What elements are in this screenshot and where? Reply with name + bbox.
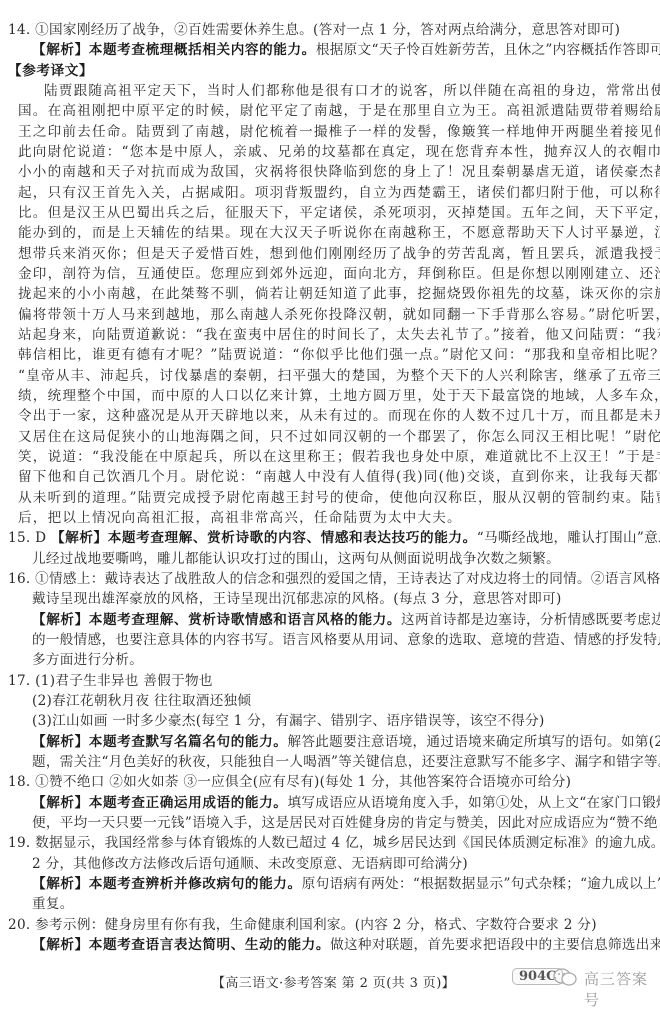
- text-line: (2)春江花朝秋月夜 往往取酒还独倾: [32, 690, 660, 712]
- text-span: 陆贾跟随高祖平定天下，当时人们都称他是很有口才的说客，所以伴随在高祖的身边，常常…: [44, 83, 660, 99]
- text-span: 国。在高祖刚把中原平定的时候，尉佗平定了南越，于是在那里自立为王。高祖派遣陆贾带…: [18, 103, 660, 119]
- text-span: “马嘶经战地，雕认打围山”意思是马: [477, 530, 660, 546]
- text-span: 偏将带领十万人马来到越地，那么南越人杀死你投降汉朝，就如同翻一下手背那么容易。”…: [18, 307, 660, 323]
- text-span: 此向尉佗说道：“您本是中原人，亲戚、兄弟的坟墓都在真定，现在您背弃本性，抛弃汉人…: [18, 144, 660, 160]
- text-span: 比。但是汉王从巴蜀出兵之后，征服天下，平定诸侯，杀死项羽，灭掉楚国。五年之间，天…: [18, 205, 660, 221]
- analysis-heading: 【参考译文】: [8, 63, 93, 79]
- text-span: 16. ①情感上：戴诗表达了战胜敌人的信念和强烈的爱国之情，王诗表达了对戍边将士…: [8, 571, 660, 587]
- text-line: 2 分，其他修改方法修改后语句通顺、未改变原意、无语病即可给满分): [32, 853, 660, 875]
- text-span: 做这种对联题，首先要求把语段中的主要信息筛选出来，然后: [330, 937, 660, 953]
- text-line: 从未听到的道理。”陆贾完成授予尉佗南越王封号的使命，使他向汉称臣，服从汉朝的管制…: [18, 487, 660, 509]
- text-line: 的一般情感，也要注意具体的内容书写。语言风格要从用词、意象的选取、意境的营造、情…: [32, 629, 660, 651]
- text-line: 便，平均一天只要一元钱”语境入手，这是居民对百姓健身房的肯定与赞美，因此对应成语…: [32, 812, 660, 834]
- analysis-heading: 【解析】本题考查梳理概括相关内容的能力。: [32, 42, 316, 58]
- text-line: 又居住在这局促狭小的山地海隅之间，只不过如同汉朝的一个郡罢了，你怎么同汉王相比呢…: [18, 426, 660, 448]
- text-line: 17. (1)君子生非异也 善假于物也: [8, 670, 660, 692]
- text-line: 18. ①赞不绝口 ②如火如荼 ③一应俱全(应有尽有)(每处 1 分，其他答案符…: [8, 771, 660, 793]
- text-span: (3)江山如画 一时多少豪杰(每空 1 分，有漏字、错别字、语序错误等，该空不得…: [32, 713, 545, 729]
- text-span: 韩信相比，谁更有德有才呢？”陆贾说道：“你似乎比他们强一点。”尉佗又问：“那我和…: [18, 347, 660, 363]
- text-span: 多方面进行分析。: [32, 652, 143, 668]
- text-span: 重复。: [32, 896, 74, 912]
- text-span: 20. 参考示例：健身房里有你有我，生命健康利国利家。(内容 2 分，格式、字数…: [8, 917, 597, 933]
- text-line: 留下他和自己饮酒几个月。尉佗说：“南越人中没有人值得(我)同(他)交谈，直到你来…: [18, 466, 660, 488]
- text-line: 站起身来，向陆贾道歉说：“我在蛮夷中居住的时间长了，太失去礼节了。”接着，他又问…: [18, 324, 660, 346]
- text-span: 令出于一家，这种盛况是从开天辟地以来，从未有过的。而现在你的人数不过几十万，而且…: [18, 408, 660, 424]
- text-line: 【解析】本题考查默写名篇名句的能力。解答此题要注意语境，通过语境来确定所填写的语…: [32, 731, 660, 753]
- text-span: 填写成语应从语境角度入手，如第①处，从上文“在家门口锻炼很方: [288, 795, 660, 811]
- text-span: 2 分，其他修改方法修改后语句通顺、未改变原意、无语病即可给满分): [32, 856, 468, 872]
- text-span: 的一般情感，也要注意具体的内容书写。语言风格要从用词、意象的选取、意境的营造、情…: [32, 632, 660, 648]
- text-span: 15. D: [8, 530, 51, 546]
- text-line: 国。在高祖刚把中原平定的时候，尉佗平定了南越，于是在那里自立为王。高祖派遣陆贾带…: [18, 100, 660, 122]
- text-span: 14. ①国家刚经历了战争，②百姓需要休养生息。(答对一点 1 分，答对两点给满…: [8, 22, 620, 38]
- text-span: 笑，说道：“我没能在中原起兵，所以在这里称王；假若我也身处中原，难道就比不上汉王…: [18, 449, 660, 465]
- text-line: 此向尉佗说道：“您本是中原人，亲戚、兄弟的坟墓都在真定，现在您背弃本性，抛弃汉人…: [18, 141, 660, 163]
- text-span: 绩，统理整个中国，而中原的人口以亿来计算，土地方圆万里，处于天下最富饶的地域，人…: [18, 388, 660, 404]
- text-line: 【解析】本题考查辨析并修改病句的能力。原句语病有两处：“根据数据显示”句式杂糅；…: [32, 873, 660, 895]
- answer-key-page: 14. ①国家刚经历了战争，②百姓需要休养生息。(答对一点 1 分，答对两点给满…: [0, 0, 660, 1010]
- text-line: 陆贾跟随高祖平定天下，当时人们都称他是很有口才的说客，所以伴随在高祖的身边，常常…: [44, 80, 660, 102]
- analysis-heading: 【解析】本题考查正确运用成语的能力。: [32, 795, 288, 811]
- text-span: 站起身来，向陆贾道歉说：“我在蛮夷中居住的时间长了，太失去礼节了。”接着，他又问…: [18, 327, 660, 343]
- text-line: 起，只有汉王首先入关，占据咸阳。项羽背叛盟约，自立为西楚霸王，诸侯们都归附于他，…: [18, 182, 660, 204]
- analysis-heading: 【解析】本题考查理解、赏析诗歌情感和语言风格的能力。: [32, 612, 401, 628]
- text-span: 又居住在这局促狭小的山地海隅之间，只不过如同汉朝的一个郡罢了，你怎么同汉王相比呢…: [18, 429, 660, 445]
- text-span: 便，平均一天只要一元钱”语境入手，这是居民对百姓健身房的肯定与赞美，因此对应成语…: [32, 815, 660, 831]
- text-span: 金印，剖符为信，互通使臣。您理应到郊外远迎，面向北方，拜倒称臣。但是你想以刚刚建…: [18, 266, 660, 282]
- analysis-heading: 【解析】本题考查默写名篇名句的能力。: [32, 734, 288, 750]
- text-line: 王之印前去任命。陆贾到了南越，尉佗梳着一撮椎子一样的发髻，像簸箕一样地伸开两腿坐…: [18, 121, 660, 143]
- text-line: 能办到的，而是上天辅佐的结果。现在大汉天子听说你在南越称王，不愿意帮助天下人讨平…: [18, 222, 660, 244]
- text-line: 16. ①情感上：戴诗表达了战胜敌人的信念和强烈的爱国之情，王诗表达了对戍边将士…: [8, 568, 660, 590]
- text-span: “皇帝从丰、沛起兵，讨伐暴虐的秦朝，扫平强大的楚国，为整个天下的人兴利除害，继承…: [18, 368, 660, 384]
- analysis-heading: 【解析】本题考查语言表达简明、生动的能力。: [32, 937, 330, 953]
- watermark-text: 高三答案号: [584, 968, 658, 1010]
- text-span: 根据原文“天子怜百姓新劳苦，且休之”内容概括作答即可。: [316, 42, 660, 58]
- text-line: 20. 参考示例：健身房里有你有我，生命健康利国利家。(内容 2 分，格式、字数…: [8, 914, 660, 936]
- text-line: 【解析】本题考查语言表达简明、生动的能力。做这种对联题，首先要求把语段中的主要信…: [32, 934, 660, 956]
- text-line: 绩，统理整个中国，而中原的人口以亿来计算，土地方圆万里，处于天下最富饶的地域，人…: [18, 385, 660, 407]
- text-span: 17. (1)君子生非异也 善假于物也: [8, 673, 213, 689]
- text-line: 想带兵来消灭你；但是天子爱惜百姓，想到他们刚刚经历了战争的劳苦乱离，暂且罢兵，派…: [18, 243, 660, 265]
- text-line: 14. ①国家刚经历了战争，②百姓需要休养生息。(答对一点 1 分，答对两点给满…: [8, 19, 660, 41]
- text-span: 19. 数据显示，我国经常参与体育锻炼的人数已超过 4 亿，城乡居民达到《国民体…: [8, 835, 660, 851]
- watermark: 904C 高三答案号: [508, 966, 658, 994]
- text-line: 重复。: [32, 893, 660, 915]
- analysis-heading: 【解析】本题考查理解、赏析诗歌的内容、情感和表达技巧的能力。: [51, 530, 477, 546]
- text-span: 后，把以上情况向高祖汇报，高祖非常高兴，任命陆贾为太中大夫。: [18, 510, 462, 526]
- footer-page-label: 【高三语文·参考答案 第 2 页(共 3 页)】: [212, 972, 455, 991]
- text-line: 15. D 【解析】本题考查理解、赏析诗歌的内容、情感和表达技巧的能力。“马嘶经…: [8, 527, 660, 549]
- analysis-heading: 【解析】本题考查辨析并修改病句的能力。: [32, 876, 302, 892]
- text-line: 后，把以上情况向高祖汇报，高祖非常高兴，任命陆贾为太中大夫。: [18, 507, 660, 529]
- text-span: 儿经过战地要嘶鸣，雕儿都能认识攻打过的围山，这两句从侧面说明战争次数之频繁。: [32, 551, 560, 567]
- text-span: 解答此题要注意语境，通过语境来确定所填写的语句。如第(2)小: [288, 734, 660, 750]
- text-span: 王之印前去任命。陆贾到了南越，尉佗梳着一撮椎子一样的发髻，像簸箕一样地伸开两腿坐…: [18, 124, 660, 140]
- text-line: 令出于一家，这种盛况是从开天辟地以来，从未有过的。而现在你的人数不过几十万，而且…: [18, 405, 660, 427]
- text-line: 【解析】本题考查梳理概括相关内容的能力。根据原文“天子怜百姓新劳苦，且休之”内容…: [32, 39, 660, 61]
- text-line: 儿经过战地要嘶鸣，雕儿都能认识攻打过的围山，这两句从侧面说明战争次数之频繁。: [32, 548, 660, 570]
- text-line: 19. 数据显示，我国经常参与体育锻炼的人数已超过 4 亿，城乡居民达到《国民体…: [8, 832, 660, 854]
- text-span: 从未听到的道理。”陆贾完成授予尉佗南越王封号的使命，使他向汉称臣，服从汉朝的管制…: [18, 490, 660, 506]
- text-span: 题，需关注“月色美好的秋夜，只能独自一人喝酒”等关键信息，还要注意默写不能多字、…: [32, 754, 660, 770]
- wechat-icon: [552, 966, 578, 988]
- text-span: 留下他和自己饮酒几个月。尉佗说：“南越人中没有人值得(我)同(他)交谈，直到你来…: [18, 469, 660, 485]
- text-span: 18. ①赞不绝口 ②如火如荼 ③一应俱全(应有尽有)(每处 1 分，其他答案符…: [8, 774, 571, 790]
- text-line: 【解析】本题考查正确运用成语的能力。填写成语应从语境角度入手，如第①处，从上文“…: [32, 792, 660, 814]
- text-line: “皇帝从丰、沛起兵，讨伐暴虐的秦朝，扫平强大的楚国，为整个天下的人兴利除害，继承…: [18, 365, 660, 387]
- text-line: 多方面进行分析。: [32, 649, 660, 671]
- text-span: 想带兵来消灭你；但是天子爱惜百姓，想到他们刚刚经历了战争的劳苦乱离，暂且罢兵，派…: [18, 246, 660, 262]
- text-line: 偏将带领十万人马来到越地，那么南越人杀死你投降汉朝，就如同翻一下手背那么容易。”…: [18, 304, 660, 326]
- text-line: 【解析】本题考查理解、赏析诗歌情感和语言风格的能力。这两首诗都是边塞诗，分析情感…: [32, 609, 660, 631]
- text-span: 戴诗呈现出雄浑豪放的风格，王诗呈现出沉郁悲凉的风格。(每点 3 分，意思答对即可…: [32, 591, 562, 607]
- text-span: 起，只有汉王首先入关，占据咸阳。项羽背叛盟约，自立为西楚霸王，诸侯们都归附于他，…: [18, 185, 660, 201]
- text-span: 能办到的，而是上天辅佐的结果。现在大汉天子听说你在南越称王，不愿意帮助天下人讨平…: [18, 225, 660, 241]
- text-span: 原句语病有两处：“根据数据显示”句式杂糅；“逾九成以上”语意: [302, 876, 660, 892]
- text-span: 小小的南越和天子对抗而成为敌国，灾祸将很快降临到您的身上了！况且秦朝暴虐无道，诸…: [18, 164, 660, 180]
- text-line: 戴诗呈现出雄浑豪放的风格，王诗呈现出沉郁悲凉的风格。(每点 3 分，意思答对即可…: [32, 588, 660, 610]
- text-line: 笑，说道：“我没能在中原起兵，所以在这里称王；假若我也身处中原，难道就比不上汉王…: [18, 446, 660, 468]
- text-line: 拢起来的小小南越，在此桀骜不驯，倘若让朝廷知道了此事，挖掘烧毁你祖先的坟墓，诛灭…: [18, 283, 660, 305]
- text-span: (2)春江花朝秋月夜 往往取酒还独倾: [32, 693, 251, 709]
- text-line: (3)江山如画 一时多少豪杰(每空 1 分，有漏字、错别字、语序错误等，该空不得…: [32, 710, 660, 732]
- text-line: 小小的南越和天子对抗而成为敌国，灾祸将很快降临到您的身上了！况且秦朝暴虐无道，诸…: [18, 161, 660, 183]
- text-span: 拢起来的小小南越，在此桀骜不驯，倘若让朝廷知道了此事，挖掘烧毁你祖先的坟墓，诛灭…: [18, 286, 660, 302]
- text-span: 这两首诗都是边塞诗，分析情感既要考虑边塞诗: [401, 612, 660, 628]
- text-line: 比。但是汉王从巴蜀出兵之后，征服天下，平定诸侯，杀死项羽，灭掉楚国。五年之间，天…: [18, 202, 660, 224]
- text-line: 【参考译文】: [8, 60, 660, 82]
- text-line: 金印，剖符为信，互通使臣。您理应到郊外远迎，面向北方，拜倒称臣。但是你想以刚刚建…: [18, 263, 660, 285]
- text-line: 韩信相比，谁更有德有才呢？”陆贾说道：“你似乎比他们强一点。”尉佗又问：“那我和…: [18, 344, 660, 366]
- text-line: 题，需关注“月色美好的秋夜，只能独自一人喝酒”等关键信息，还要注意默写不能多字、…: [32, 751, 660, 773]
